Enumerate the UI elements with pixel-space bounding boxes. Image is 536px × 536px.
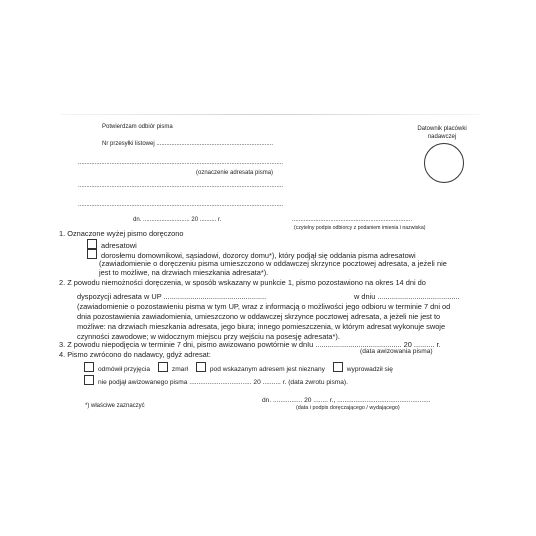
item2-date-field[interactable]: w dniu .................................…	[354, 292, 460, 301]
option-deceased-label: zmarł	[172, 366, 188, 373]
return-date-field[interactable]: .................................. 20 ..…	[189, 379, 348, 386]
option-refused-label: odmówił przyjęcia	[98, 366, 150, 373]
option-unknown[interactable]: pod wskazanym adresem jest nieznany	[196, 366, 325, 373]
return-receipt-form: Potwierdzam odbiór pisma Nr przesyłki li…	[0, 0, 536, 536]
item2-post-office-field[interactable]: dyspozycji adresata w UP ...............…	[77, 292, 266, 301]
footnote: *) właściwe zaznaczyć	[85, 403, 145, 409]
item4-title: 4. Pismo zwrócono do nadawcy, gdyż adres…	[59, 350, 211, 359]
item2-line1: 2. Z powodu niemożności doręczenia, w sp…	[59, 278, 426, 287]
checkbox-icon[interactable]	[84, 362, 94, 372]
item1-note-line2: (zawiadomienie o doręczeniu pisma umiesz…	[99, 259, 447, 268]
item4-option-not-collected[interactable]: nie podjął awizowanego pisma ...........…	[84, 375, 348, 386]
item1-note-line3: jest to możliwe, na drzwiach mieszkania …	[99, 268, 268, 277]
recipient-line-2[interactable]: ........................................…	[78, 183, 283, 189]
confirm-receipt-label: Potwierdzam odbiór pisma	[102, 124, 173, 130]
receipt-date-field[interactable]: dn. ............................ 20 ....…	[133, 217, 221, 223]
recipient-line-1[interactable]: ........................................…	[78, 160, 283, 166]
postmark-circle	[424, 143, 464, 183]
item2-line3: (zawiadomienie o pozostawieniu pisma w t…	[77, 302, 450, 311]
recipient-signature-field[interactable]: ........................................…	[292, 217, 412, 223]
signature-caption: (czytelny podpis odbiorcy z podaniem imi…	[294, 225, 425, 231]
item1-title: 1. Oznaczone wyżej pismo doręczono	[59, 229, 183, 238]
option-refused[interactable]: odmówił przyjęcia	[84, 366, 150, 373]
tracking-label-text: Nr przesyłki listowej	[102, 141, 155, 147]
postmark-label-line1: Datownik placówki	[400, 125, 484, 133]
checkbox-icon[interactable]	[87, 249, 97, 259]
checkbox-icon[interactable]	[333, 362, 343, 372]
option-unknown-label: pod wskazanym adresem jest nieznany	[210, 366, 325, 373]
recipient-line-3[interactable]: ........................................…	[78, 202, 283, 208]
recipient-caption: (oznaczenie adresata pisma)	[196, 170, 273, 176]
option-moved-label: wyprowadził się	[347, 366, 393, 373]
checkbox-icon[interactable]	[196, 362, 206, 372]
item2-line4: dnia pozostawienia zawiadomienia, umiesz…	[77, 312, 440, 321]
postmark-label: Datownik placówki nadawczej	[400, 125, 484, 141]
item4-options-row: odmówił przyjęcia zmarł pod wskazanym ad…	[84, 362, 393, 373]
option-not-collected-label: nie podjął awizowanego pisma	[98, 379, 187, 386]
option-deceased[interactable]: zmarł	[158, 366, 188, 373]
checkbox-icon[interactable]	[158, 362, 168, 372]
option-moved[interactable]: wyprowadził się	[333, 366, 393, 373]
postmark-label-line2: nadawczej	[400, 133, 484, 141]
item3-caption: (data awizowania pisma)	[360, 348, 433, 355]
tracking-number-label: Nr przesyłki listowej ..................…	[102, 141, 273, 147]
checkbox-icon[interactable]	[84, 375, 94, 385]
courier-date-signature-field[interactable]: dn. ................ 20 ........ r., ...…	[262, 397, 431, 404]
checkbox-icon[interactable]	[87, 239, 97, 249]
item2-line5: możliwe: na drzwiach mieszkania adresata…	[77, 322, 445, 331]
courier-signature-caption: (data i podpis doręczającego / wydająceg…	[296, 405, 400, 411]
form-top-border	[60, 114, 480, 115]
tracking-number-field[interactable]: ........................................…	[156, 141, 273, 147]
